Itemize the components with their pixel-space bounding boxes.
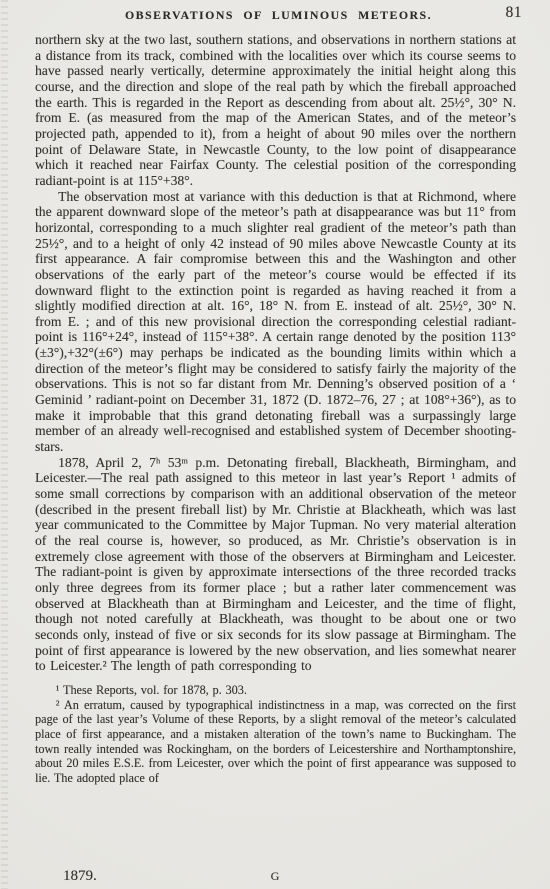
paragraph-continuation: northern sky at the two last, southern s… — [35, 32, 516, 189]
paragraph-1878-april-fireball: 1878, April 2, 7ʰ 53ᵐ p.m. Detonating fi… — [35, 455, 516, 674]
footnote-2: ² An erratum, caused by typographical in… — [35, 698, 516, 786]
printer-signature-mark: G — [35, 869, 515, 884]
page-number: 81 — [506, 4, 523, 22]
page-header: OBSERVATIONS OF LUMINOUS METEORS. 81 — [35, 6, 522, 24]
page-footer: 1879. G — [35, 867, 515, 885]
paragraph-richmond-observation: The observation most at variance with th… — [35, 189, 516, 455]
footnotes-section: ¹ These Reports, vol. for 1878, p. 303. … — [35, 683, 516, 786]
scanned-book-page: OBSERVATIONS OF LUMINOUS METEORS. 81 nor… — [0, 0, 550, 889]
scan-edge-artifact — [1, 0, 8, 889]
running-title: OBSERVATIONS OF LUMINOUS METEORS. — [125, 8, 432, 22]
page-body: northern sky at the two last, southern s… — [35, 32, 516, 786]
footnote-1: ¹ These Reports, vol. for 1878, p. 303. — [35, 683, 516, 698]
